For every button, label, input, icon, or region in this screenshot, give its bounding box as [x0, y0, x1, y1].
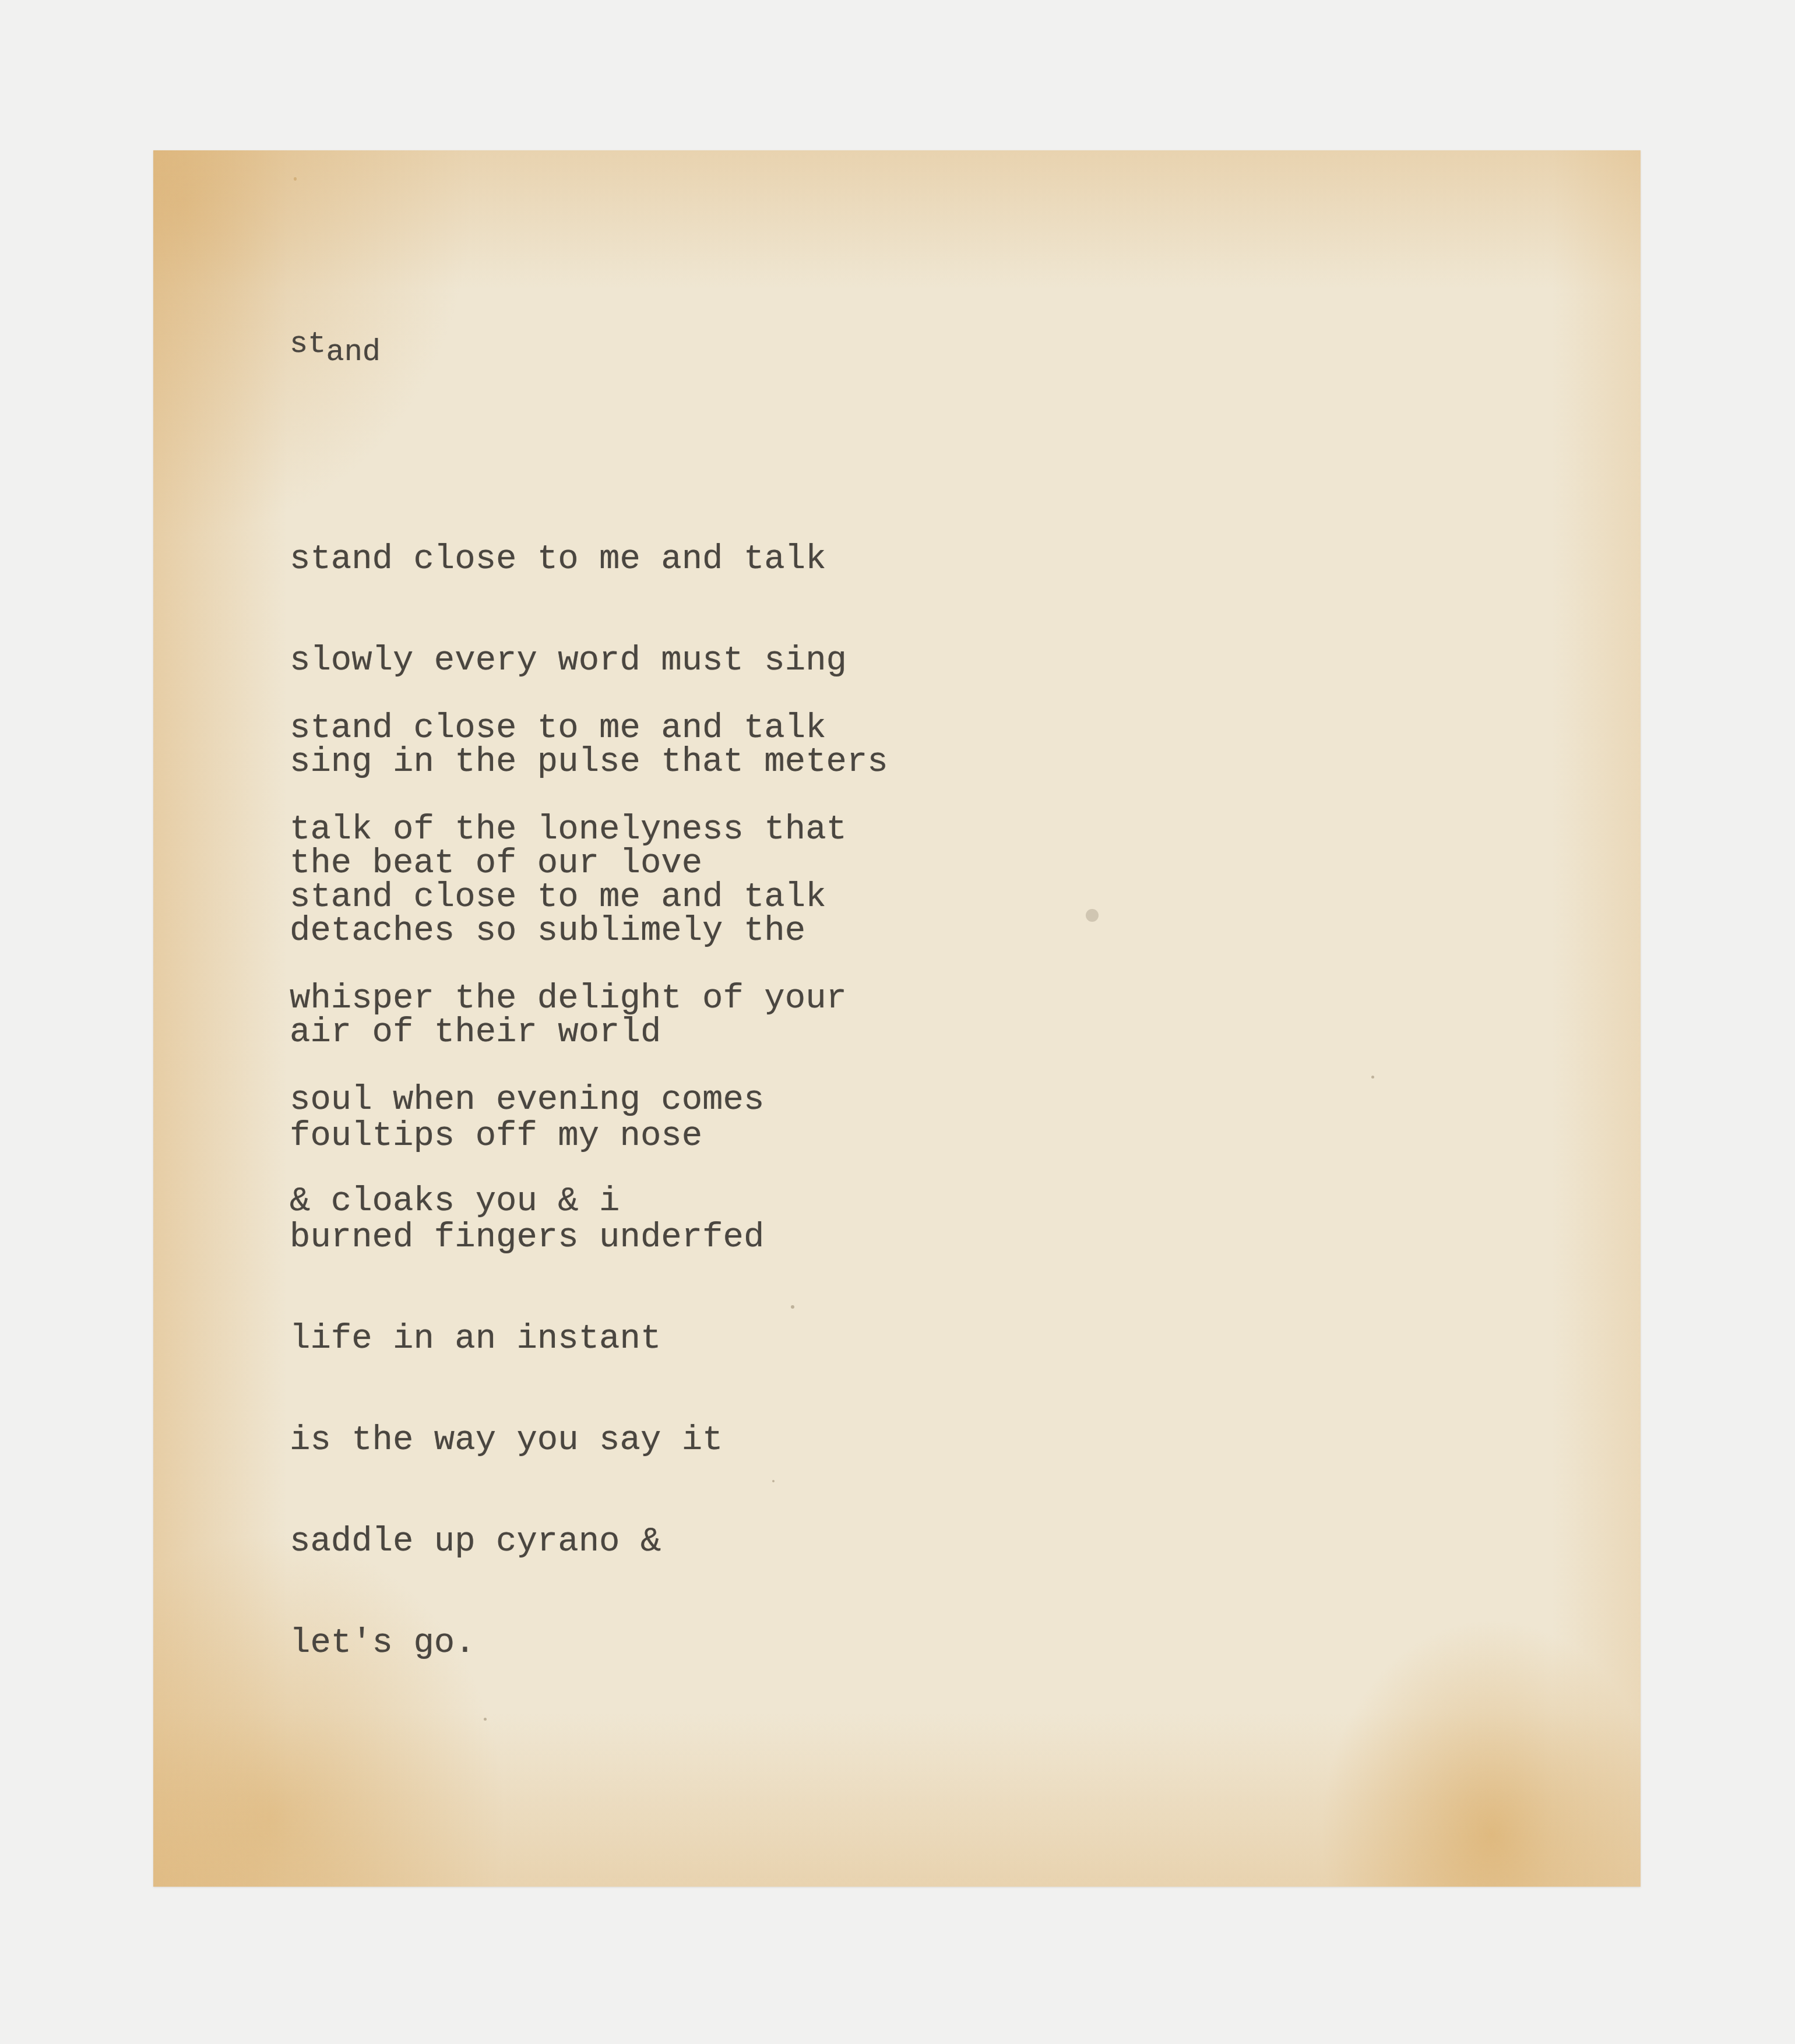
poem-line: saddle up cyrano & [290, 1525, 764, 1559]
poem-line: stand close to me and talk [290, 711, 847, 745]
paper-speck [772, 1480, 775, 1482]
paper-sheet: stand stand close to me and talk slowly … [153, 150, 1641, 1887]
title-raised-letters: st [290, 327, 326, 361]
poem-title: stand [290, 336, 381, 369]
paper-speck [1371, 1076, 1374, 1079]
paper-speck [1086, 909, 1099, 922]
poem-line: burned fingers underfed [290, 1221, 764, 1254]
poem-line: let's go. [290, 1626, 764, 1660]
poem-line: stand close to me and talk [290, 542, 888, 576]
poem-line: foultips off my nose [290, 1119, 764, 1153]
poem-line: stand close to me and talk [290, 880, 847, 914]
poem-line: life in an instant [290, 1322, 764, 1356]
stanza-4: foultips off my nose burned fingers unde… [290, 1052, 764, 1728]
poem-line: whisper the delight of your [290, 982, 847, 1016]
poem-line: is the way you say it [290, 1423, 764, 1457]
paper-speck [294, 177, 297, 181]
title-rest-letters: and [326, 335, 381, 369]
paper-speck [791, 1305, 794, 1309]
